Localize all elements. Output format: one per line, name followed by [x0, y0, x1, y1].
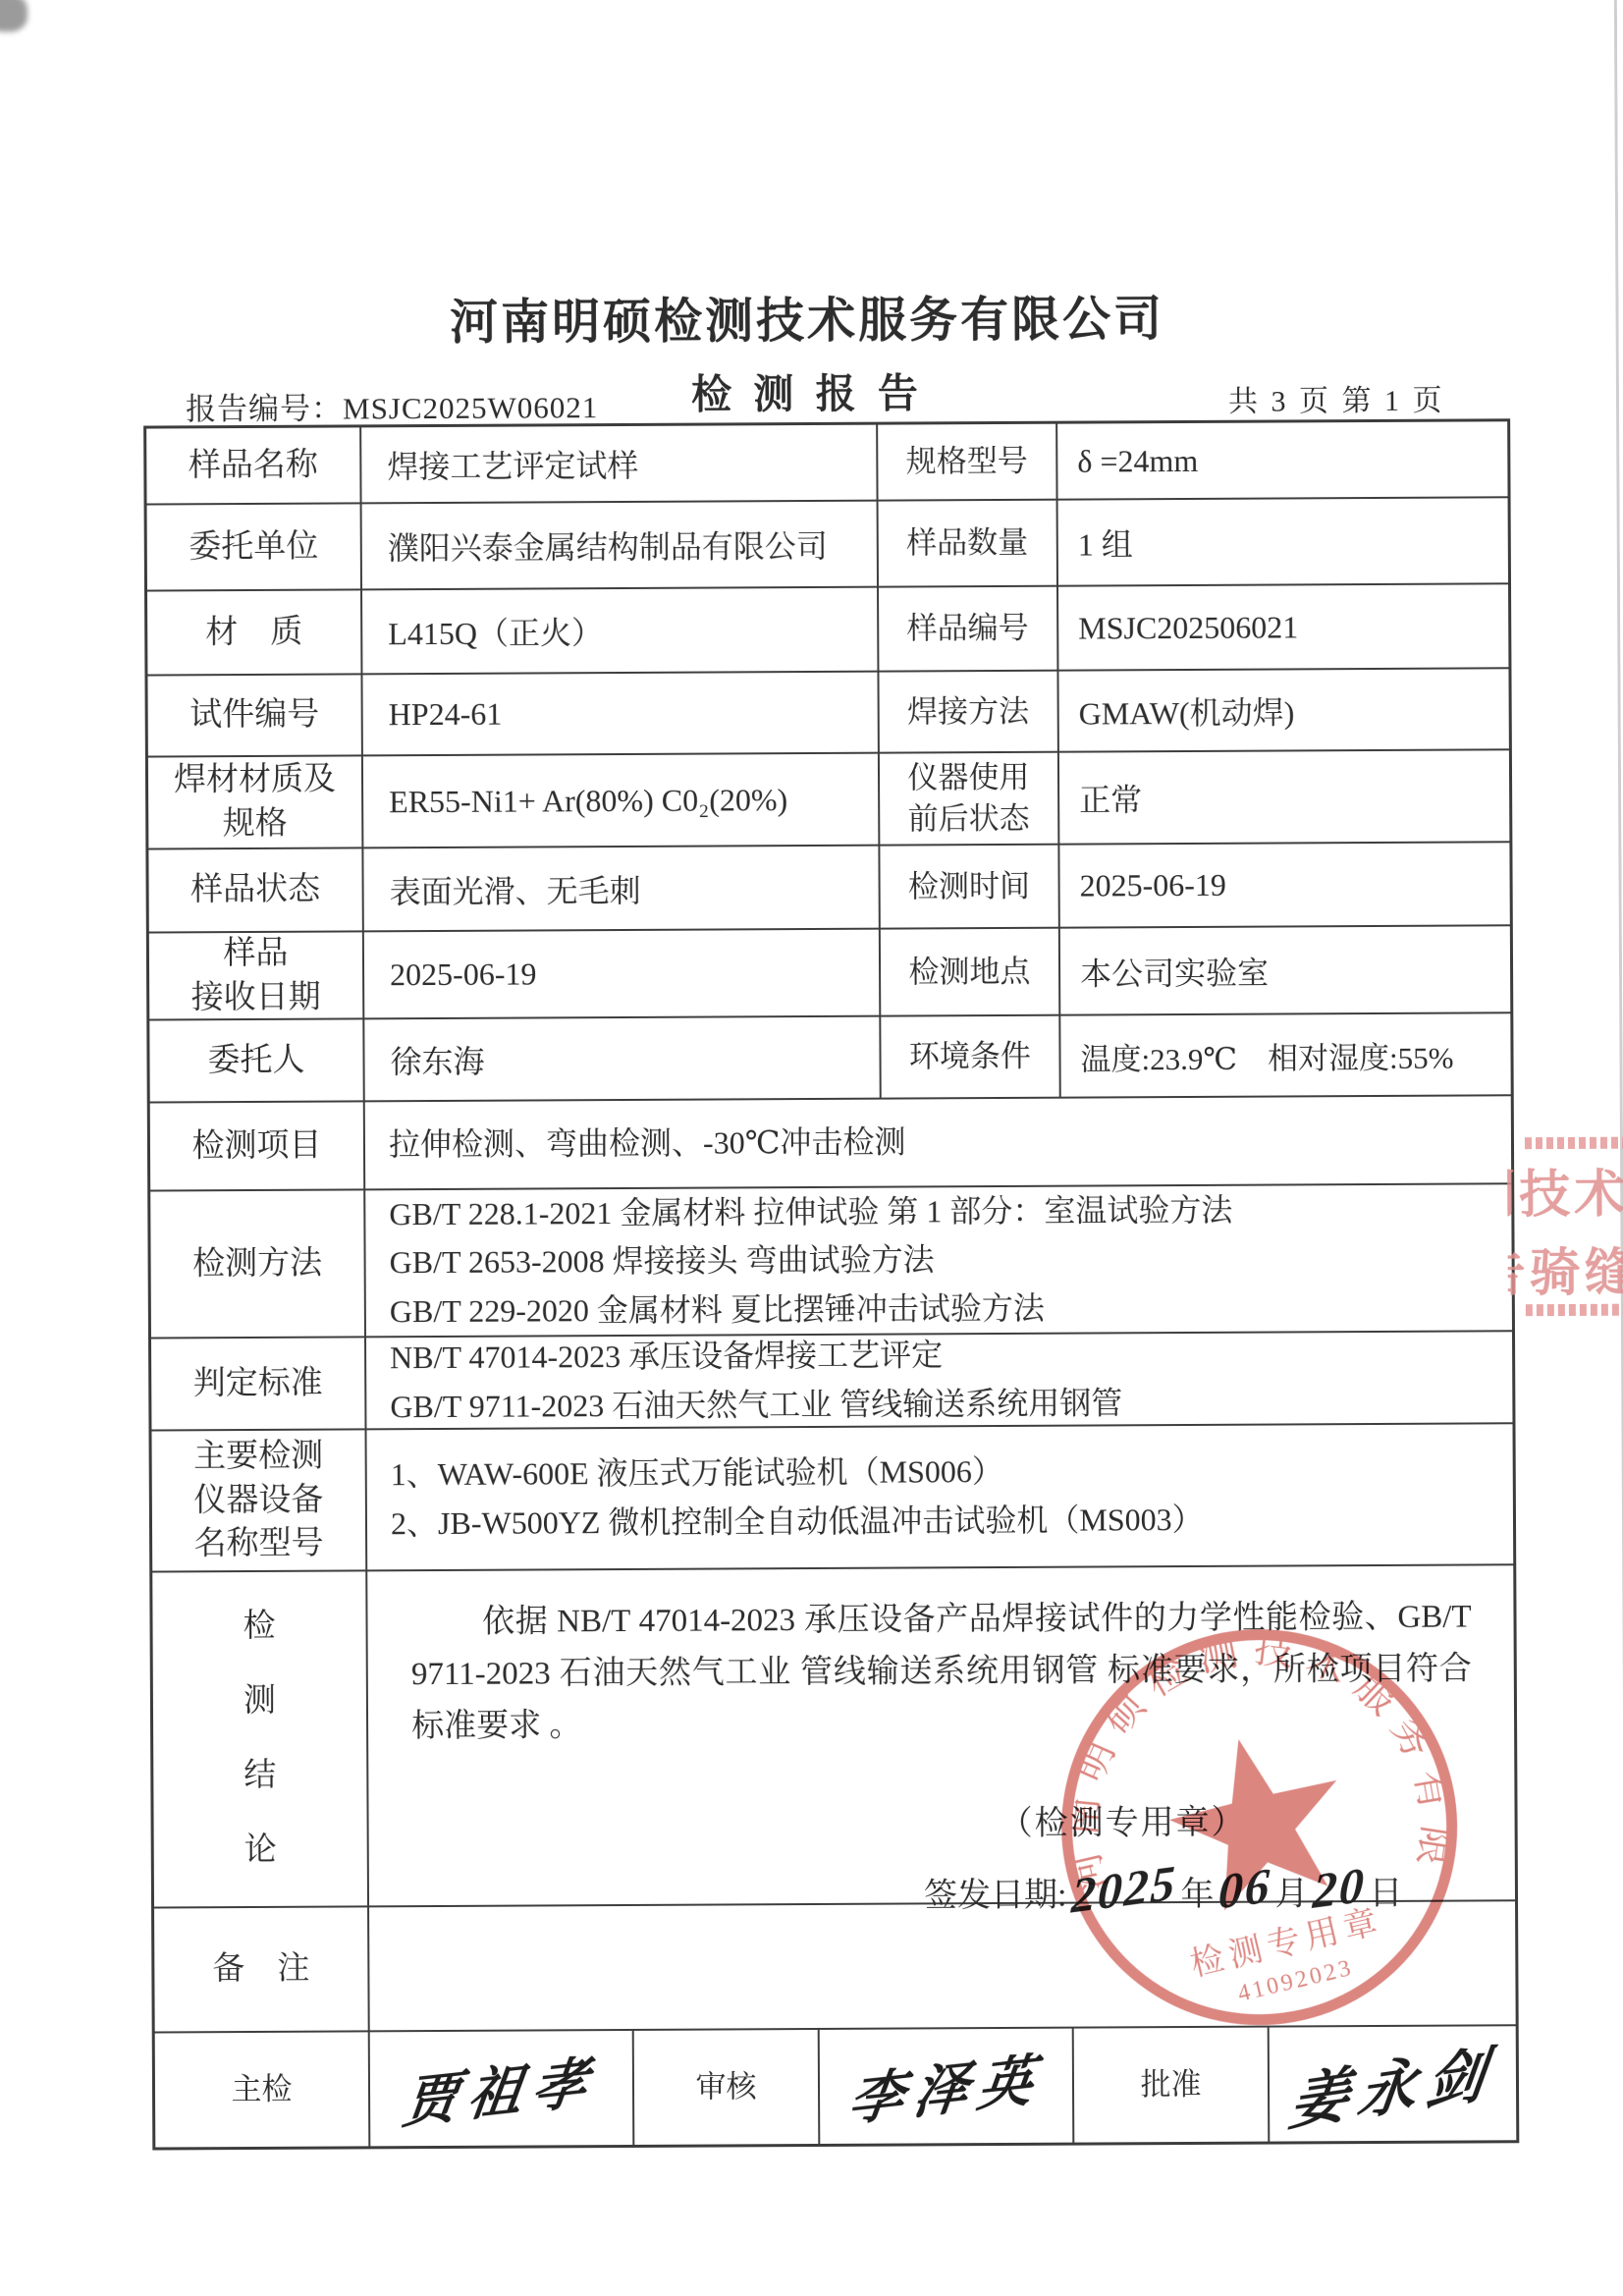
table-row: 判定标准 NB/T 47014-2023 承压设备焊接工艺评定 GB/T 971…	[151, 1332, 1512, 1431]
edge-seal-bar	[1526, 1304, 1623, 1317]
signature-cell: 李泽英	[820, 2029, 1074, 2144]
field-value: 2025-06-19	[1059, 843, 1509, 926]
field-value: 本公司实验室	[1060, 926, 1510, 1013]
edge-seal-bar	[1525, 1137, 1623, 1150]
signoff-label: 审核	[634, 2030, 821, 2145]
field-value: ER55-Ni1+ Ar(80%) C0₂(20%)	[363, 754, 880, 847]
standard-line: GB/T 9711-2023 石油天然气工业 管线输送系统用钢管	[390, 1377, 1512, 1432]
field-value: 徐东海	[364, 1017, 881, 1101]
field-label: 规格型号	[878, 424, 1058, 500]
scanned-report-page: 河南明硕检测技术服务有限公司 检 测 报 告 报告编号：MSJC2025W060…	[0, 0, 1623, 2296]
company-name: 河南明硕检测技术服务有限公司	[0, 279, 1619, 356]
field-label: 焊材材质及 规格	[148, 756, 364, 847]
field-value: GB/T 228.1-2021 金属材料 拉伸试验 第 1 部分：室温试验方法 …	[365, 1184, 1512, 1336]
method-line: GB/T 228.1-2021 金属材料 拉伸试验 第 1 部分：室温试验方法	[389, 1184, 1511, 1239]
field-label: 仪器使用 前后状态	[880, 753, 1060, 845]
signature-cell: 贾祖孝	[370, 2031, 634, 2146]
field-value: 拉伸检测、弯曲检测、-30℃冲击检测	[365, 1096, 1511, 1188]
field-label: 环境条件	[881, 1016, 1061, 1098]
field-value: 正常	[1059, 750, 1510, 843]
signoff-label: 主检	[155, 2032, 371, 2147]
table-row: 检测方法 GB/T 228.1-2021 金属材料 拉伸试验 第 1 部分：室温…	[150, 1184, 1512, 1339]
field-label: 样品 接收日期	[149, 932, 364, 1018]
standard-line: NB/T 47014-2023 承压设备焊接工艺评定	[390, 1329, 1512, 1384]
table-row: 试件编号 HP24-61 焊接方法 GMAW(机动焊)	[147, 669, 1508, 757]
table-row: 焊材材质及 规格 ER55-Ni1+ Ar(80%) C0₂(20%) 仪器使用…	[148, 750, 1509, 849]
field-label: 样品数量	[878, 501, 1058, 586]
seal-star-icon	[1155, 1720, 1360, 1918]
test-item-line: 拉伸检测、弯曲检测、-30℃冲击检测	[389, 1115, 1511, 1170]
table-row: 委托单位 濮阳兴泰金属结构制品有限公司 样品数量 1 组	[147, 498, 1508, 591]
inspector-signature: 贾祖孝	[400, 2038, 604, 2139]
field-label: 材 质	[147, 590, 362, 674]
scan-artifact	[0, 0, 27, 31]
table-row: 检测项目 拉伸检测、弯曲检测、-30℃冲击检测	[150, 1096, 1511, 1191]
instrument-line: 2、JB-W500YZ 微机控制全自动低温冲击试验机（MS003）	[391, 1494, 1513, 1549]
conclusion-label: 检 测 结 论	[152, 1571, 369, 1906]
sign-date-label: 签发日期:	[924, 1878, 1067, 1915]
edge-seal-text-top: 测技术	[1507, 1153, 1623, 1228]
field-label: 检测项目	[150, 1102, 366, 1189]
field-value: 1、WAW-600E 液压式万能试验机（MS006） 2、JB-W500YZ 微…	[367, 1424, 1514, 1569]
table-row: 样品状态 表面光滑、无毛刺 检测时间 2025-06-19	[148, 843, 1509, 933]
field-value: 濮阳兴泰金属结构制品有限公司	[362, 502, 879, 589]
table-row: 委托人 徐东海 环境条件 温度:23.9℃ 相对湿度:55%	[149, 1013, 1510, 1103]
method-line: GB/T 2653-2008 焊接接头 弯曲试验方法	[390, 1232, 1512, 1287]
remark-label: 备 注	[154, 1907, 370, 2031]
field-value: 温度:23.9℃ 相对湿度:55%	[1060, 1013, 1510, 1096]
field-label: 检测方法	[150, 1190, 366, 1337]
field-value: NB/T 47014-2023 承压设备焊接工艺评定 GB/T 9711-202…	[366, 1332, 1512, 1428]
field-label: 委托单位	[147, 504, 362, 589]
field-label: 试件编号	[147, 675, 362, 755]
field-value: δ =24mm	[1057, 421, 1507, 498]
report-number-label: 报告编号：	[186, 391, 343, 426]
table-row: 样品 接收日期 2025-06-19 检测地点 本公司实验室	[149, 926, 1510, 1020]
field-value: 焊接工艺评定试样	[361, 425, 878, 503]
field-label: 样品状态	[148, 848, 363, 931]
report-sheet: 河南明硕检测技术服务有限公司 检 测 报 告 报告编号：MSJC2025W060…	[0, 0, 1623, 2296]
field-value: 2025-06-19	[364, 930, 881, 1018]
instrument-line: 1、WAW-600E 液压式万能试验机（MS006）	[391, 1446, 1513, 1501]
field-label: 检测时间	[880, 846, 1060, 928]
field-value: L415Q（正火）	[362, 588, 879, 674]
field-label: 主要检测 仪器设备 名称型号	[152, 1430, 368, 1570]
field-value: 表面光滑、无毛刺	[363, 847, 880, 931]
field-value: 1 组	[1058, 498, 1508, 584]
field-label: 检测地点	[881, 929, 1061, 1015]
field-value: MSJC202506021	[1058, 584, 1508, 669]
table-row: 主要检测 仪器设备 名称型号 1、WAW-600E 液压式万能试验机（MS006…	[152, 1424, 1514, 1572]
report-number-value: MSJC2025W06021	[343, 390, 598, 425]
signature-cell: 姜永剑	[1270, 2026, 1517, 2141]
reviewer-signature: 李泽英	[844, 2036, 1049, 2137]
field-value: HP24-61	[363, 673, 880, 755]
field-label: 样品名称	[146, 427, 361, 503]
signoff-row: 主检 贾祖孝 审核 李泽英 批准 姜永剑	[155, 2026, 1517, 2147]
field-label: 判定标准	[151, 1338, 367, 1429]
table-row: 材 质 L415Q（正火） 样品编号 MSJC202506021	[147, 584, 1508, 676]
method-line: GB/T 229-2020 金属材料 夏比摆锤冲击试验方法	[390, 1282, 1512, 1337]
cross-page-seal-fragment: 测技术 告骑缝	[1507, 1125, 1623, 1333]
field-label: 样品编号	[879, 587, 1059, 671]
field-label: 委托人	[149, 1019, 364, 1101]
report-number: 报告编号：MSJC2025W06021	[186, 382, 599, 428]
table-row: 样品名称 焊接工艺评定试样 规格型号 δ =24mm	[146, 421, 1507, 505]
field-value: GMAW(机动焊)	[1058, 669, 1508, 750]
page-count: 共 3 页 第 1 页	[1228, 376, 1445, 420]
field-label: 焊接方法	[879, 672, 1059, 752]
approver-signature: 姜永剑	[1285, 2025, 1501, 2142]
edge-seal-text-bottom: 告骑缝	[1507, 1231, 1623, 1306]
